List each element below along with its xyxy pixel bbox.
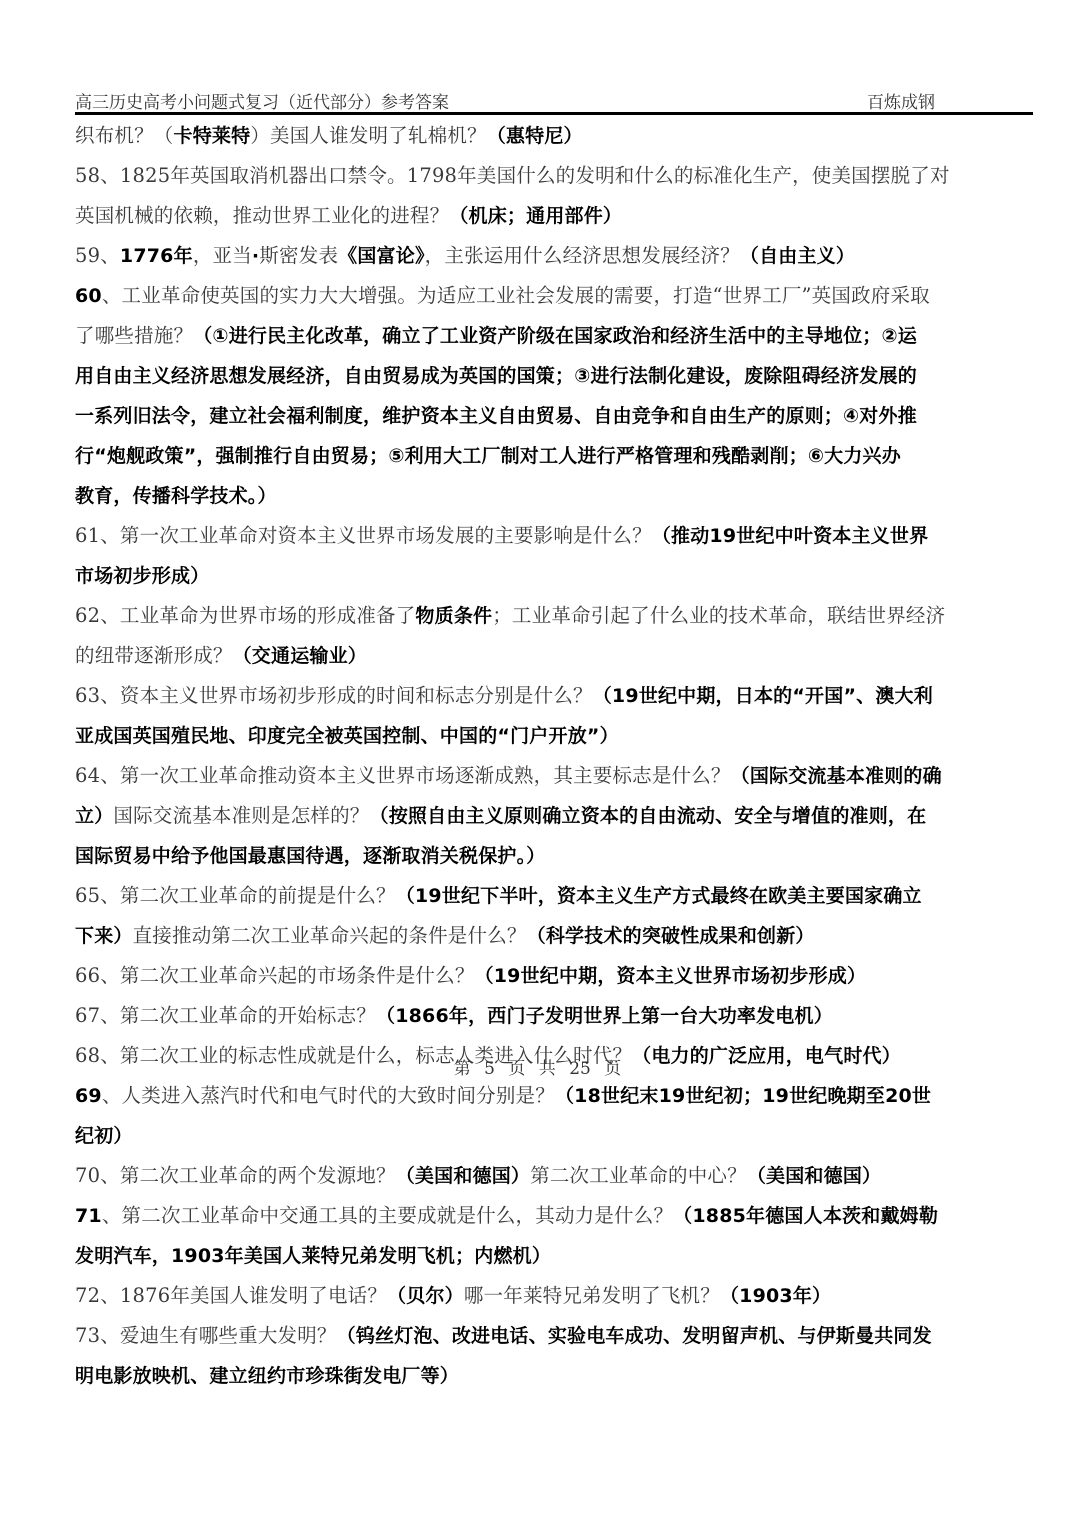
answer-text: （①进行民主化改革，确立了工业资产阶级在国家政治和经济生活中的主导地位；②运 xyxy=(193,325,917,347)
question-text: ；工业革命引起了什么业的技术革命，联结世界经济 xyxy=(492,604,945,627)
question-text: ）美国人谁发明了轧棉机？ xyxy=(250,124,486,147)
answer-text: 明电影放映机、建立纽约市珍珠街发电厂等） xyxy=(75,1365,459,1387)
answer-text: 1776年 xyxy=(120,245,193,267)
question-text: 59、 xyxy=(75,244,120,267)
text-line: 59、1776年，亚当·斯密发表《国富论》，主张运用什么经济思想发展经济？（自由… xyxy=(75,236,1033,276)
answer-text: 立） xyxy=(75,805,113,827)
answer-text: 用自由主义经济思想发展经济，自由贸易成为英国的国策；③进行法制化建设，废除阻碍经… xyxy=(75,365,917,387)
text-line: 一系列旧法令，建立社会福利制度，维护资本主义自由贸易、自由竞争和自由生产的原则；… xyxy=(75,396,1033,436)
text-line: 70、第二次工业革命的两个发源地？（美国和德国）第二次工业革命的中心？（美国和德… xyxy=(75,1156,1033,1196)
answer-text: （惠特尼） xyxy=(487,125,583,147)
answer-text: （交通运输业） xyxy=(233,645,367,667)
answer-text: （钨丝灯泡、改进电话、实验电车成功、发明留声机、与伊斯曼共同发 xyxy=(337,1325,932,1347)
text-line: 的纽带逐渐形成？（交通运输业） xyxy=(75,636,1033,676)
text-line: 纪初） xyxy=(75,1116,1033,1156)
answer-text: 下来） xyxy=(75,925,133,947)
answer-text: （自由主义） xyxy=(740,245,855,267)
question-text: 直接推动第二次工业革命兴起的条件是什么？ xyxy=(133,924,527,947)
text-line: 亚成国英国殖民地、印度完全被英国控制、中国的“门户开放”） xyxy=(75,716,1033,756)
question-text: 72、1876年美国人谁发明了电话？ xyxy=(75,1284,387,1307)
answer-text: （19世纪中期，资本主义世界市场初步形成） xyxy=(475,965,867,987)
answer-text: （国际交流基本准则的确 xyxy=(731,765,942,787)
answer-text: 行“炮舰政策”，强制推行自由贸易；⑤利用大工厂制对工人进行严格管理和残酷剥削；⑥… xyxy=(75,445,901,467)
text-line: 61、第一次工业革命对资本主义世界市场发展的主要影响是什么？（推动19世纪中叶资… xyxy=(75,516,1033,556)
question-text: 73、爱迪生有哪些重大发明？ xyxy=(75,1324,337,1347)
question-text: 61、第一次工业革命对资本主义世界市场发展的主要影响是什么？ xyxy=(75,524,652,547)
answer-text: （按照自由主义原则确立资本的自由流动、安全与增值的准则，在 xyxy=(370,805,927,827)
page-number: 第 5 页 共 25 页 xyxy=(0,1054,1075,1079)
question-text: 了哪些措施？ xyxy=(75,324,193,347)
answer-text: 纪初） xyxy=(75,1125,133,1147)
answer-text: （1903年） xyxy=(720,1285,831,1307)
text-line: 66、第二次工业革命兴起的市场条件是什么？（19世纪中期，资本主义世界市场初步形… xyxy=(75,956,1033,996)
text-line: 市场初步形成） xyxy=(75,556,1033,596)
answer-text: （机床；通用部件） xyxy=(449,205,622,227)
question-text: 64、第一次工业革命推动资本主义世界市场逐渐成熟，其主要标志是什么？ xyxy=(75,764,731,787)
question-text: 66、第二次工业革命兴起的市场条件是什么？ xyxy=(75,964,475,987)
question-text: 70、第二次工业革命的两个发源地？ xyxy=(75,1164,396,1187)
question-text: 的纽带逐渐形成？ xyxy=(75,644,233,667)
question-text: ，亚当 xyxy=(193,244,252,267)
text-line: 64、第一次工业革命推动资本主义世界市场逐渐成熟，其主要标志是什么？（国际交流基… xyxy=(75,756,1033,796)
question-text: 65、第二次工业革命的前提是什么？ xyxy=(75,884,396,907)
answer-text: （贝尔） xyxy=(387,1285,464,1307)
question-text: 62、工业革命为世界市场的形成准备了 xyxy=(75,604,415,627)
text-line: 71、第二次工业革命中交通工具的主要成就是什么，其动力是什么？（1885年德国人… xyxy=(75,1196,1033,1236)
question-text: 63、资本主义世界市场初步形成的时间和标志分别是什么？ xyxy=(75,684,593,707)
question-text: 、人类进入蒸汽时代和电气时代的大致时间分别是？ xyxy=(102,1084,555,1107)
answer-text: （19世纪中期，日本的“开国”、澳大利 xyxy=(593,685,933,707)
text-line: 65、第二次工业革命的前提是什么？（19世纪下半叶，资本主义生产方式最终在欧美主… xyxy=(75,876,1033,916)
answer-text: （19世纪下半叶，资本主义生产方式最终在欧美主要国家确立 xyxy=(396,885,922,907)
answer-text: 《国富论》 xyxy=(338,245,425,267)
answer-text: （美国和德国） xyxy=(396,1165,530,1187)
question-text: 、第二次工业革命中交通工具的主要成就是什么，其动力是什么？ xyxy=(102,1204,673,1227)
answer-text: 69 xyxy=(75,1085,102,1107)
answer-text: （1885年德国人本茨和戴姆勒 xyxy=(673,1205,938,1227)
document-title: 高三历史高考小问题式复习（近代部分）参考答案 xyxy=(75,88,449,113)
answer-text: 卡特莱特 xyxy=(174,125,251,147)
text-line: 用自由主义经济思想发展经济，自由贸易成为英国的国策；③进行法制化建设，废除阻碍经… xyxy=(75,356,1033,396)
answer-text: （科学技术的突破性成果和创新） xyxy=(527,925,815,947)
text-line: 69、人类进入蒸汽时代和电气时代的大致时间分别是？（18世纪末19世纪初；19世… xyxy=(75,1076,1033,1116)
text-line: 了哪些措施？（①进行民主化改革，确立了工业资产阶级在国家政治和经济生活中的主导地… xyxy=(75,316,1033,356)
text-line: 英国机械的依赖，推动世界工业化的进程？（机床；通用部件） xyxy=(75,196,1033,236)
answer-text: 60 xyxy=(75,285,102,307)
question-text: 斯密发表 xyxy=(259,244,338,267)
answer-text: （1866年，西门子发明世界上第一台大功率发电机） xyxy=(376,1005,833,1027)
question-text: 国际交流基本准则是怎样的？ xyxy=(113,804,369,827)
answer-text: 71 xyxy=(75,1205,102,1227)
answer-text: 物质条件 xyxy=(415,605,492,627)
page-header: 高三历史高考小问题式复习（近代部分）参考答案 百炼成钢 xyxy=(75,88,1033,115)
answer-text: （18世纪末19世纪初；19世纪晚期至20世 xyxy=(555,1085,931,1107)
text-line: 发明汽车，1903年美国人莱特兄弟发明飞机；内燃机） xyxy=(75,1236,1033,1276)
text-line: 教育，传播科学技术。） xyxy=(75,476,1033,516)
text-line: 73、爱迪生有哪些重大发明？（钨丝灯泡、改进电话、实验电车成功、发明留声机、与伊… xyxy=(75,1316,1033,1356)
question-text: 织布机？（ xyxy=(75,124,174,147)
text-line: 行“炮舰政策”，强制推行自由贸易；⑤利用大工厂制对工人进行严格管理和残酷剥削；⑥… xyxy=(75,436,1033,476)
answer-text: 发明汽车，1903年美国人莱特兄弟发明飞机；内燃机） xyxy=(75,1245,551,1267)
answer-text: 教育，传播科学技术。） xyxy=(75,485,277,507)
question-text: 哪一年莱特兄弟发明了飞机？ xyxy=(464,1284,720,1307)
text-line: 60、工业革命使英国的实力大大增强。为适应工业社会发展的需要，打造“世界工厂”英… xyxy=(75,276,1033,316)
header-motto: 百炼成钢 xyxy=(867,88,935,113)
question-text: ，主张运用什么经济思想发展经济？ xyxy=(425,244,740,267)
text-line: 下来）直接推动第二次工业革命兴起的条件是什么？（科学技术的突破性成果和创新） xyxy=(75,916,1033,956)
answer-text: 一系列旧法令，建立社会福利制度，维护资本主义自由贸易、自由竞争和自由生产的原则；… xyxy=(75,405,917,427)
text-line: 国际贸易中给予他国最惠国待遇，逐渐取消关税保护。） xyxy=(75,836,1033,876)
text-line: 67、第二次工业革命的开始标志？（1866年，西门子发明世界上第一台大功率发电机… xyxy=(75,996,1033,1036)
text-line: 58、1825年英国取消机器出口禁令。1798年美国什么的发明和什么的标准化生产… xyxy=(75,156,1033,196)
answer-text: （推动19世纪中叶资本主义世界 xyxy=(652,525,928,547)
answer-text: 市场初步形成） xyxy=(75,565,209,587)
question-text: 英国机械的依赖，推动世界工业化的进程？ xyxy=(75,204,449,227)
text-line: 立）国际交流基本准则是怎样的？（按照自由主义原则确立资本的自由流动、安全与增值的… xyxy=(75,796,1033,836)
question-text: 、工业革命使英国的实力大大增强。为适应工业社会发展的需要，打造“世界工厂”英国政… xyxy=(102,284,930,307)
answer-text: 亚成国英国殖民地、印度完全被英国控制、中国的“门户开放”） xyxy=(75,725,619,747)
text-line: 明电影放映机、建立纽约市珍珠街发电厂等） xyxy=(75,1356,1033,1396)
question-text: 58、1825年英国取消机器出口禁令。1798年美国什么的发明和什么的标准化生产… xyxy=(75,164,950,187)
question-text: 第二次工业革命的中心？ xyxy=(530,1164,747,1187)
text-line: 72、1876年美国人谁发明了电话？（贝尔）哪一年莱特兄弟发明了飞机？（1903… xyxy=(75,1276,1033,1316)
answer-text: 国际贸易中给予他国最惠国待遇，逐渐取消关税保护。） xyxy=(75,845,546,867)
text-line: 织布机？（卡特莱特）美国人谁发明了轧棉机？（惠特尼） xyxy=(75,116,1033,156)
answer-text: （美国和德国） xyxy=(747,1165,881,1187)
question-text: 67、第二次工业革命的开始标志？ xyxy=(75,1004,376,1027)
text-line: 63、资本主义世界市场初步形成的时间和标志分别是什么？（19世纪中期，日本的“开… xyxy=(75,676,1033,716)
text-line: 62、工业革命为世界市场的形成准备了物质条件；工业革命引起了什么业的技术革命，联… xyxy=(75,596,1033,636)
document-body: 织布机？（卡特莱特）美国人谁发明了轧棉机？（惠特尼）58、1825年英国取消机器… xyxy=(75,116,1033,1396)
